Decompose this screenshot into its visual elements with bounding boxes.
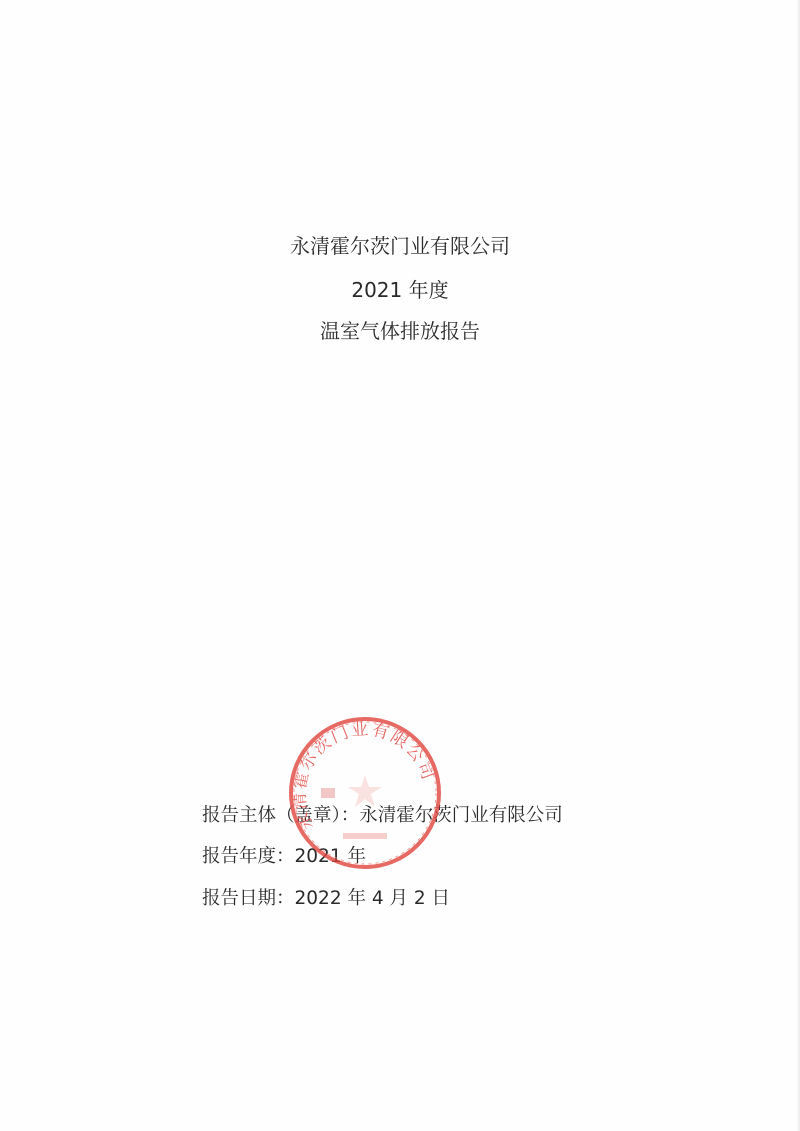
reporting-entity-value: 永清霍尔茨门业有限公司 — [359, 805, 563, 826]
reporting-date-line: 报告日期：2022 年 4 月 2 日 — [202, 888, 450, 910]
reporting-date-label: 报告日期： — [202, 888, 295, 909]
report-year-title: 2021 年度 — [0, 278, 800, 302]
reporting-year-line: 报告年度：2021 年 — [202, 846, 366, 868]
reporting-year-label: 报告年度： — [202, 846, 295, 867]
report-name-title: 温室气体排放报告 — [0, 319, 800, 343]
company-title: 永清霍尔茨门业有限公司 — [0, 234, 800, 258]
reporting-date-value: 2022 年 4 月 2 日 — [295, 888, 451, 909]
reporting-entity-label: 报告主体（盖章）： — [202, 805, 359, 826]
reporting-entity-line: 报告主体（盖章）：永清霍尔茨门业有限公司 — [202, 805, 563, 827]
reporting-year-value: 2021 年 — [295, 846, 366, 867]
document-page: 永清霍尔茨门业有限公司 2021 年度 温室气体排放报告 报告主体（盖章）：永清… — [0, 0, 800, 1131]
